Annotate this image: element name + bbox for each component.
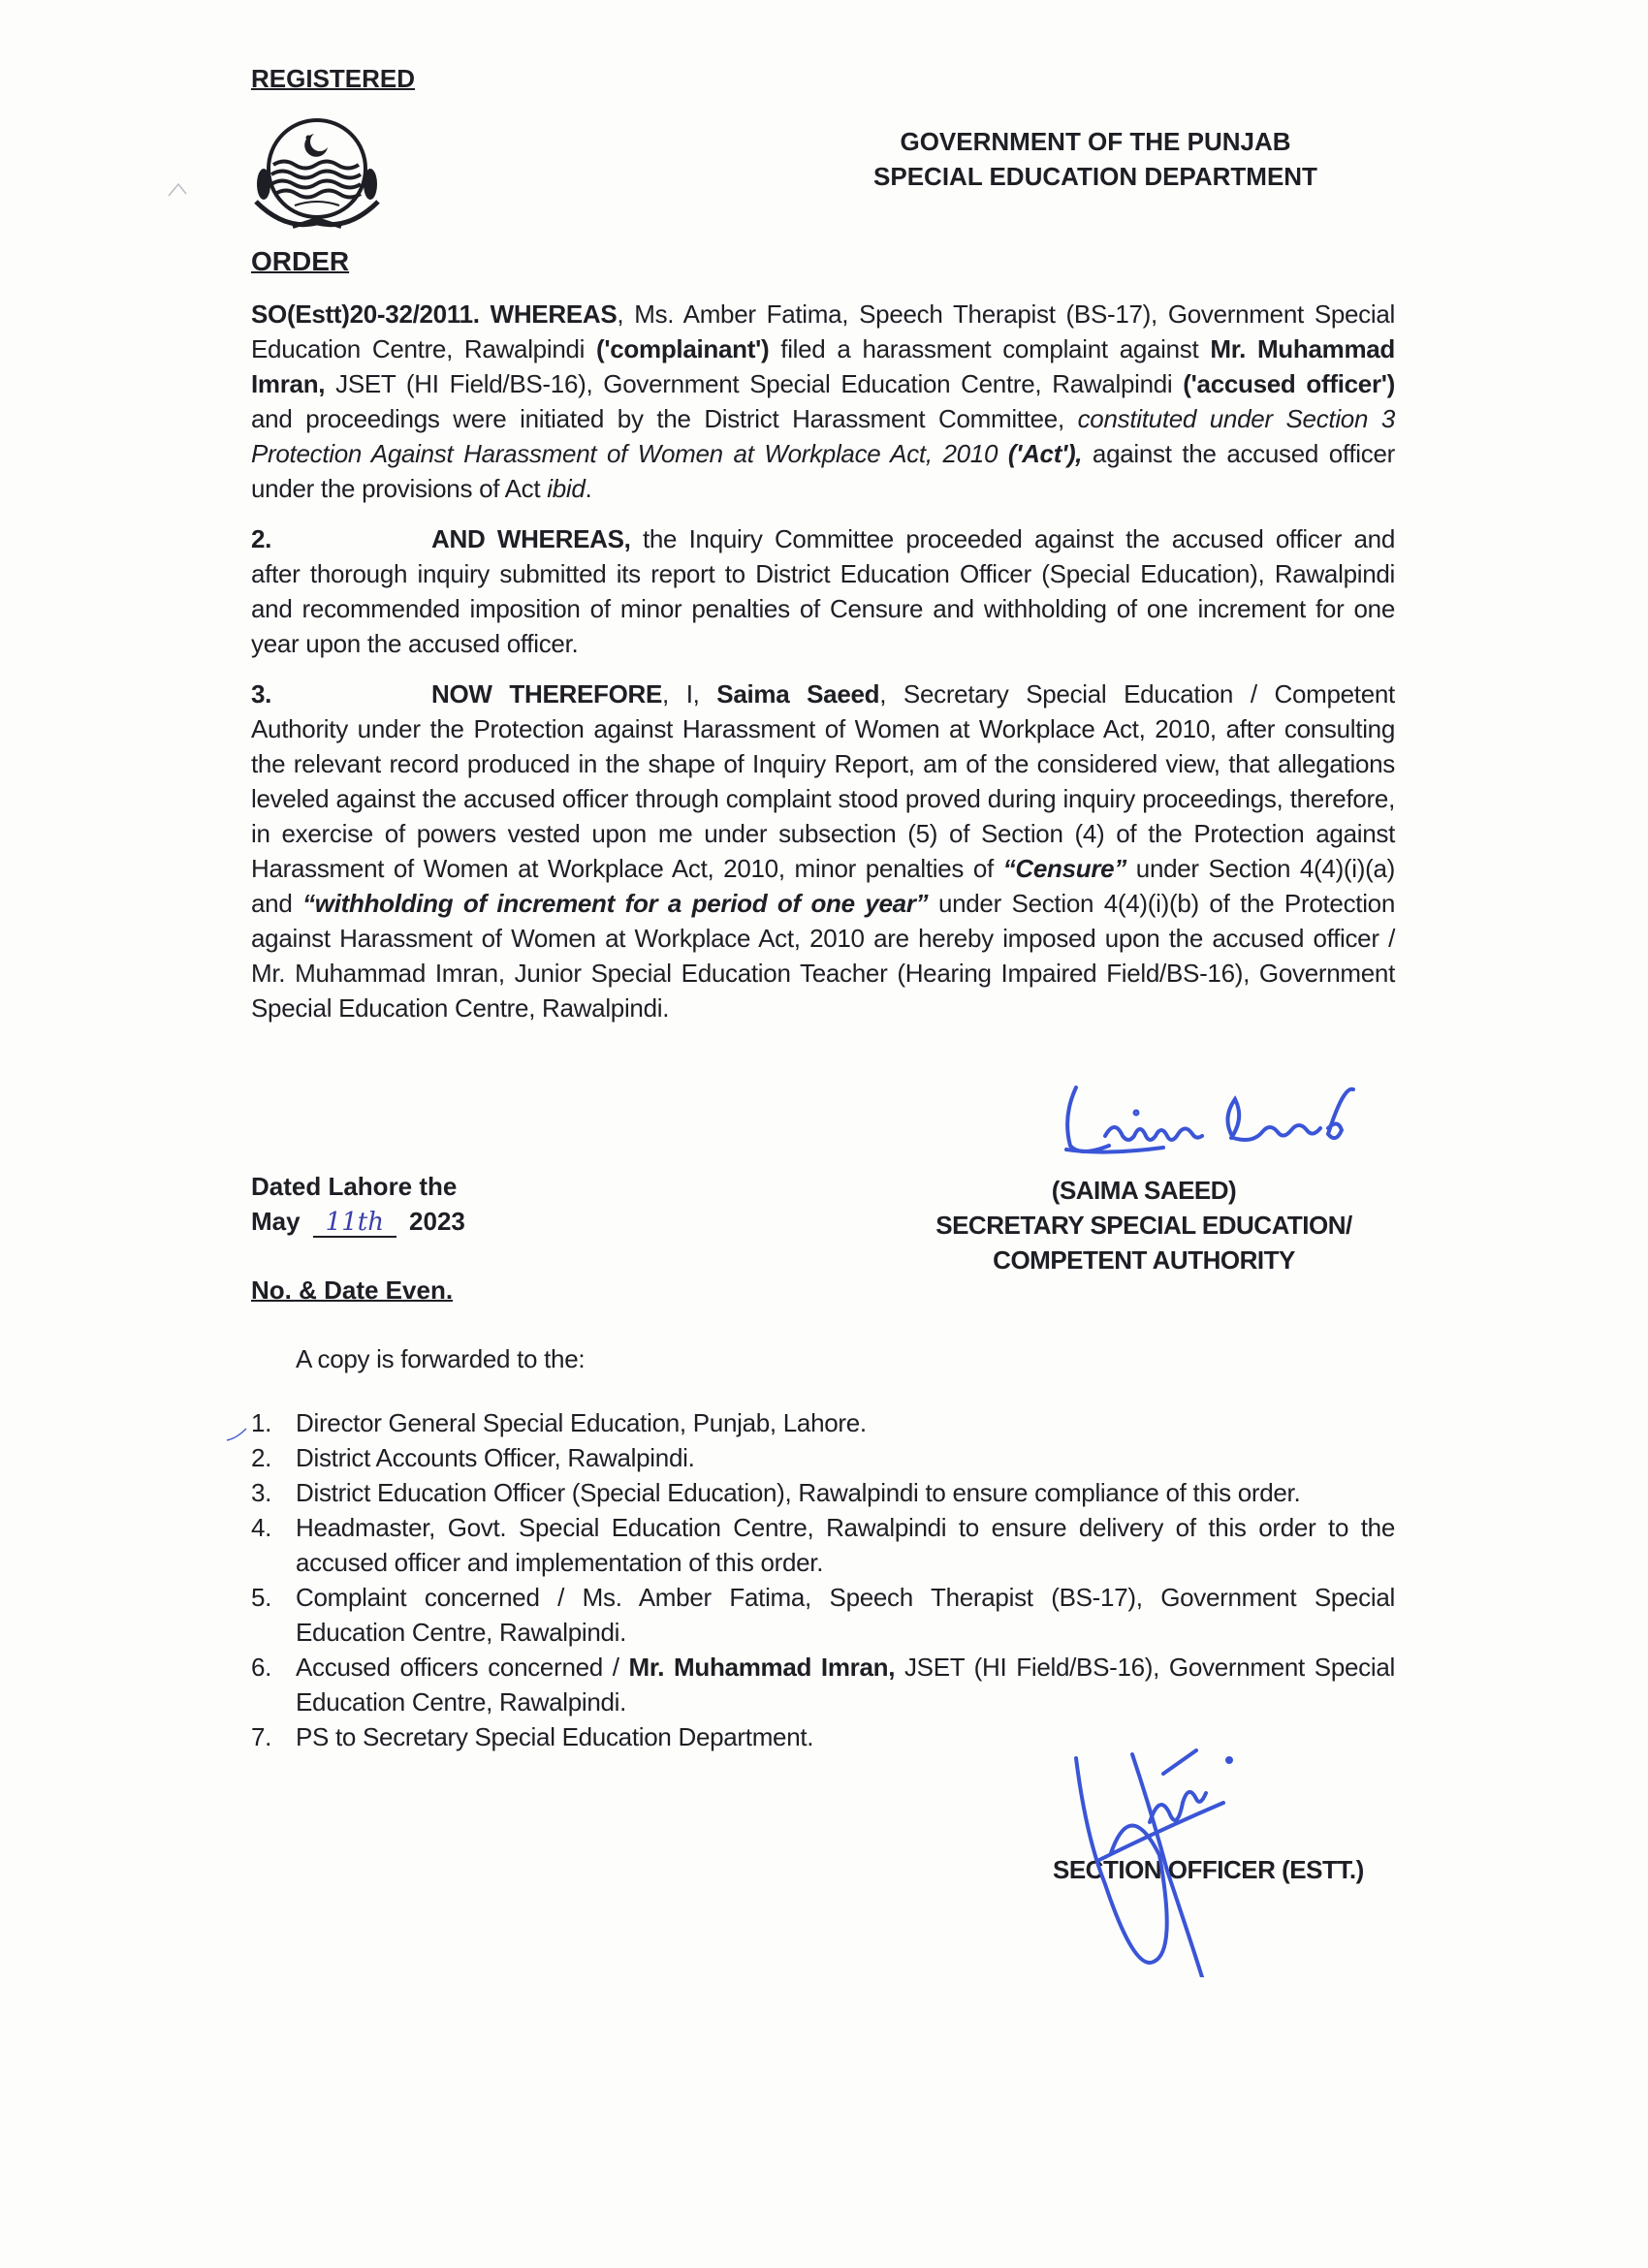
registered-label: REGISTERED [251,64,415,94]
list-number: 6. [251,1650,271,1685]
copy-recipient-list: 1.Director General Special Education, Pu… [251,1405,1395,1754]
paragraph-2: 2.AND WHEREAS, the Inquiry Committee pro… [251,521,1395,661]
signatory-block: (SAIMA SAEED) SECRETARY SPECIAL EDUCATIO… [892,1173,1396,1277]
ink-tick-icon [225,1421,254,1444]
no-and-date-even: No. & Date Even. [251,1276,453,1306]
ibid: ibid [547,474,585,503]
list-number: 7. [251,1719,271,1754]
date-month: May [251,1207,301,1236]
order-document: REGISTERED ORDER GOVERNMENT OF THE PUNJA… [0,0,1648,2268]
signatory-title: SECRETARY SPECIAL EDUCATION/ [892,1208,1396,1243]
paragraph-number: 3. [251,677,431,711]
list-number: 4. [251,1510,271,1545]
department-name: SPECIAL EDUCATION DEPARTMENT [834,159,1357,194]
dated-place: Dated Lahore the [251,1169,465,1204]
paragraph-text: filed a harassment complaint against [769,334,1210,363]
dated-date: May 11th 2023 [251,1204,465,1239]
government-name: GOVERNMENT OF THE PUNJAB [834,124,1357,159]
list-text: Complaint concerned / Ms. Amber Fatima, … [296,1583,1395,1647]
list-number: 3. [251,1475,271,1510]
date-year: 2023 [409,1207,465,1236]
secretary-signature-icon [1047,1078,1435,1165]
list-item: 1.Director General Special Education, Pu… [251,1405,1395,1440]
accused-label: ('accused officer') [1183,369,1395,398]
signatory-authority: COMPETENT AUTHORITY [892,1243,1396,1277]
list-number: 5. [251,1580,271,1615]
scan-mark-icon [165,174,194,204]
dated-block: Dated Lahore the May 11th 2023 [251,1169,465,1239]
copy-intro: A copy is forwarded to the: [296,1344,585,1374]
paragraph-text: and proceedings were initiated by the Di… [251,404,1078,433]
complainant-label: ('complainant') [596,334,769,363]
order-title: ORDER [251,246,349,277]
punjab-emblem-icon [244,109,390,244]
authority-name: Saima Saeed [716,679,879,709]
and-whereas-lead: AND WHEREAS, [431,524,631,553]
list-item: 6.Accused officers concerned / Mr. Muham… [251,1650,1395,1719]
list-item: 5.Complaint concerned / Ms. Amber Fatima… [251,1580,1395,1650]
reference-number: SO(Estt)20-32/2011. [251,299,480,329]
penalty-censure: “Censure” [1003,854,1126,883]
list-text: Headmaster, Govt. Special Education Cent… [296,1513,1395,1577]
paragraph-text: JSET (HI Field/BS-16), Government Specia… [325,369,1183,398]
whereas-lead: WHEREAS [491,299,618,329]
list-item: 2.District Accounts Officer, Rawalpindi. [251,1440,1395,1475]
list-item: 4.Headmaster, Govt. Special Education Ce… [251,1510,1395,1580]
now-therefore-lead: NOW THEREFORE [431,679,662,709]
paragraph-text: , I, [662,679,716,709]
section-officer-signature-icon [1057,1735,1309,1977]
list-text: PS to Secretary Special Education Depart… [296,1722,813,1751]
list-text: District Education Officer (Special Educ… [296,1478,1300,1507]
signatory-name: (SAIMA SAEED) [892,1173,1396,1208]
act-label: ('Act'), [1008,439,1082,468]
accused-name: Mr. Muhammad Imran, [629,1653,896,1682]
penalty-withholding: “withholding of increment for a period o… [302,889,928,918]
list-text: Accused officers concerned / [296,1653,629,1682]
paragraph-3: 3.NOW THEREFORE, I, Saima Saeed, Secreta… [251,677,1395,1025]
paragraph-text: . [586,474,592,503]
department-header: GOVERNMENT OF THE PUNJAB SPECIAL EDUCATI… [834,124,1357,194]
list-item: 3.District Education Officer (Special Ed… [251,1475,1395,1510]
list-number: 2. [251,1440,271,1475]
date-day-handwritten: 11th [313,1209,396,1238]
list-text: Director General Special Education, Punj… [296,1408,867,1437]
paragraph-number: 2. [251,521,431,556]
list-text: District Accounts Officer, Rawalpindi. [296,1443,695,1472]
paragraph-1: SO(Estt)20-32/2011. WHEREAS, Ms. Amber F… [251,297,1395,506]
list-number: 1. [251,1405,271,1440]
